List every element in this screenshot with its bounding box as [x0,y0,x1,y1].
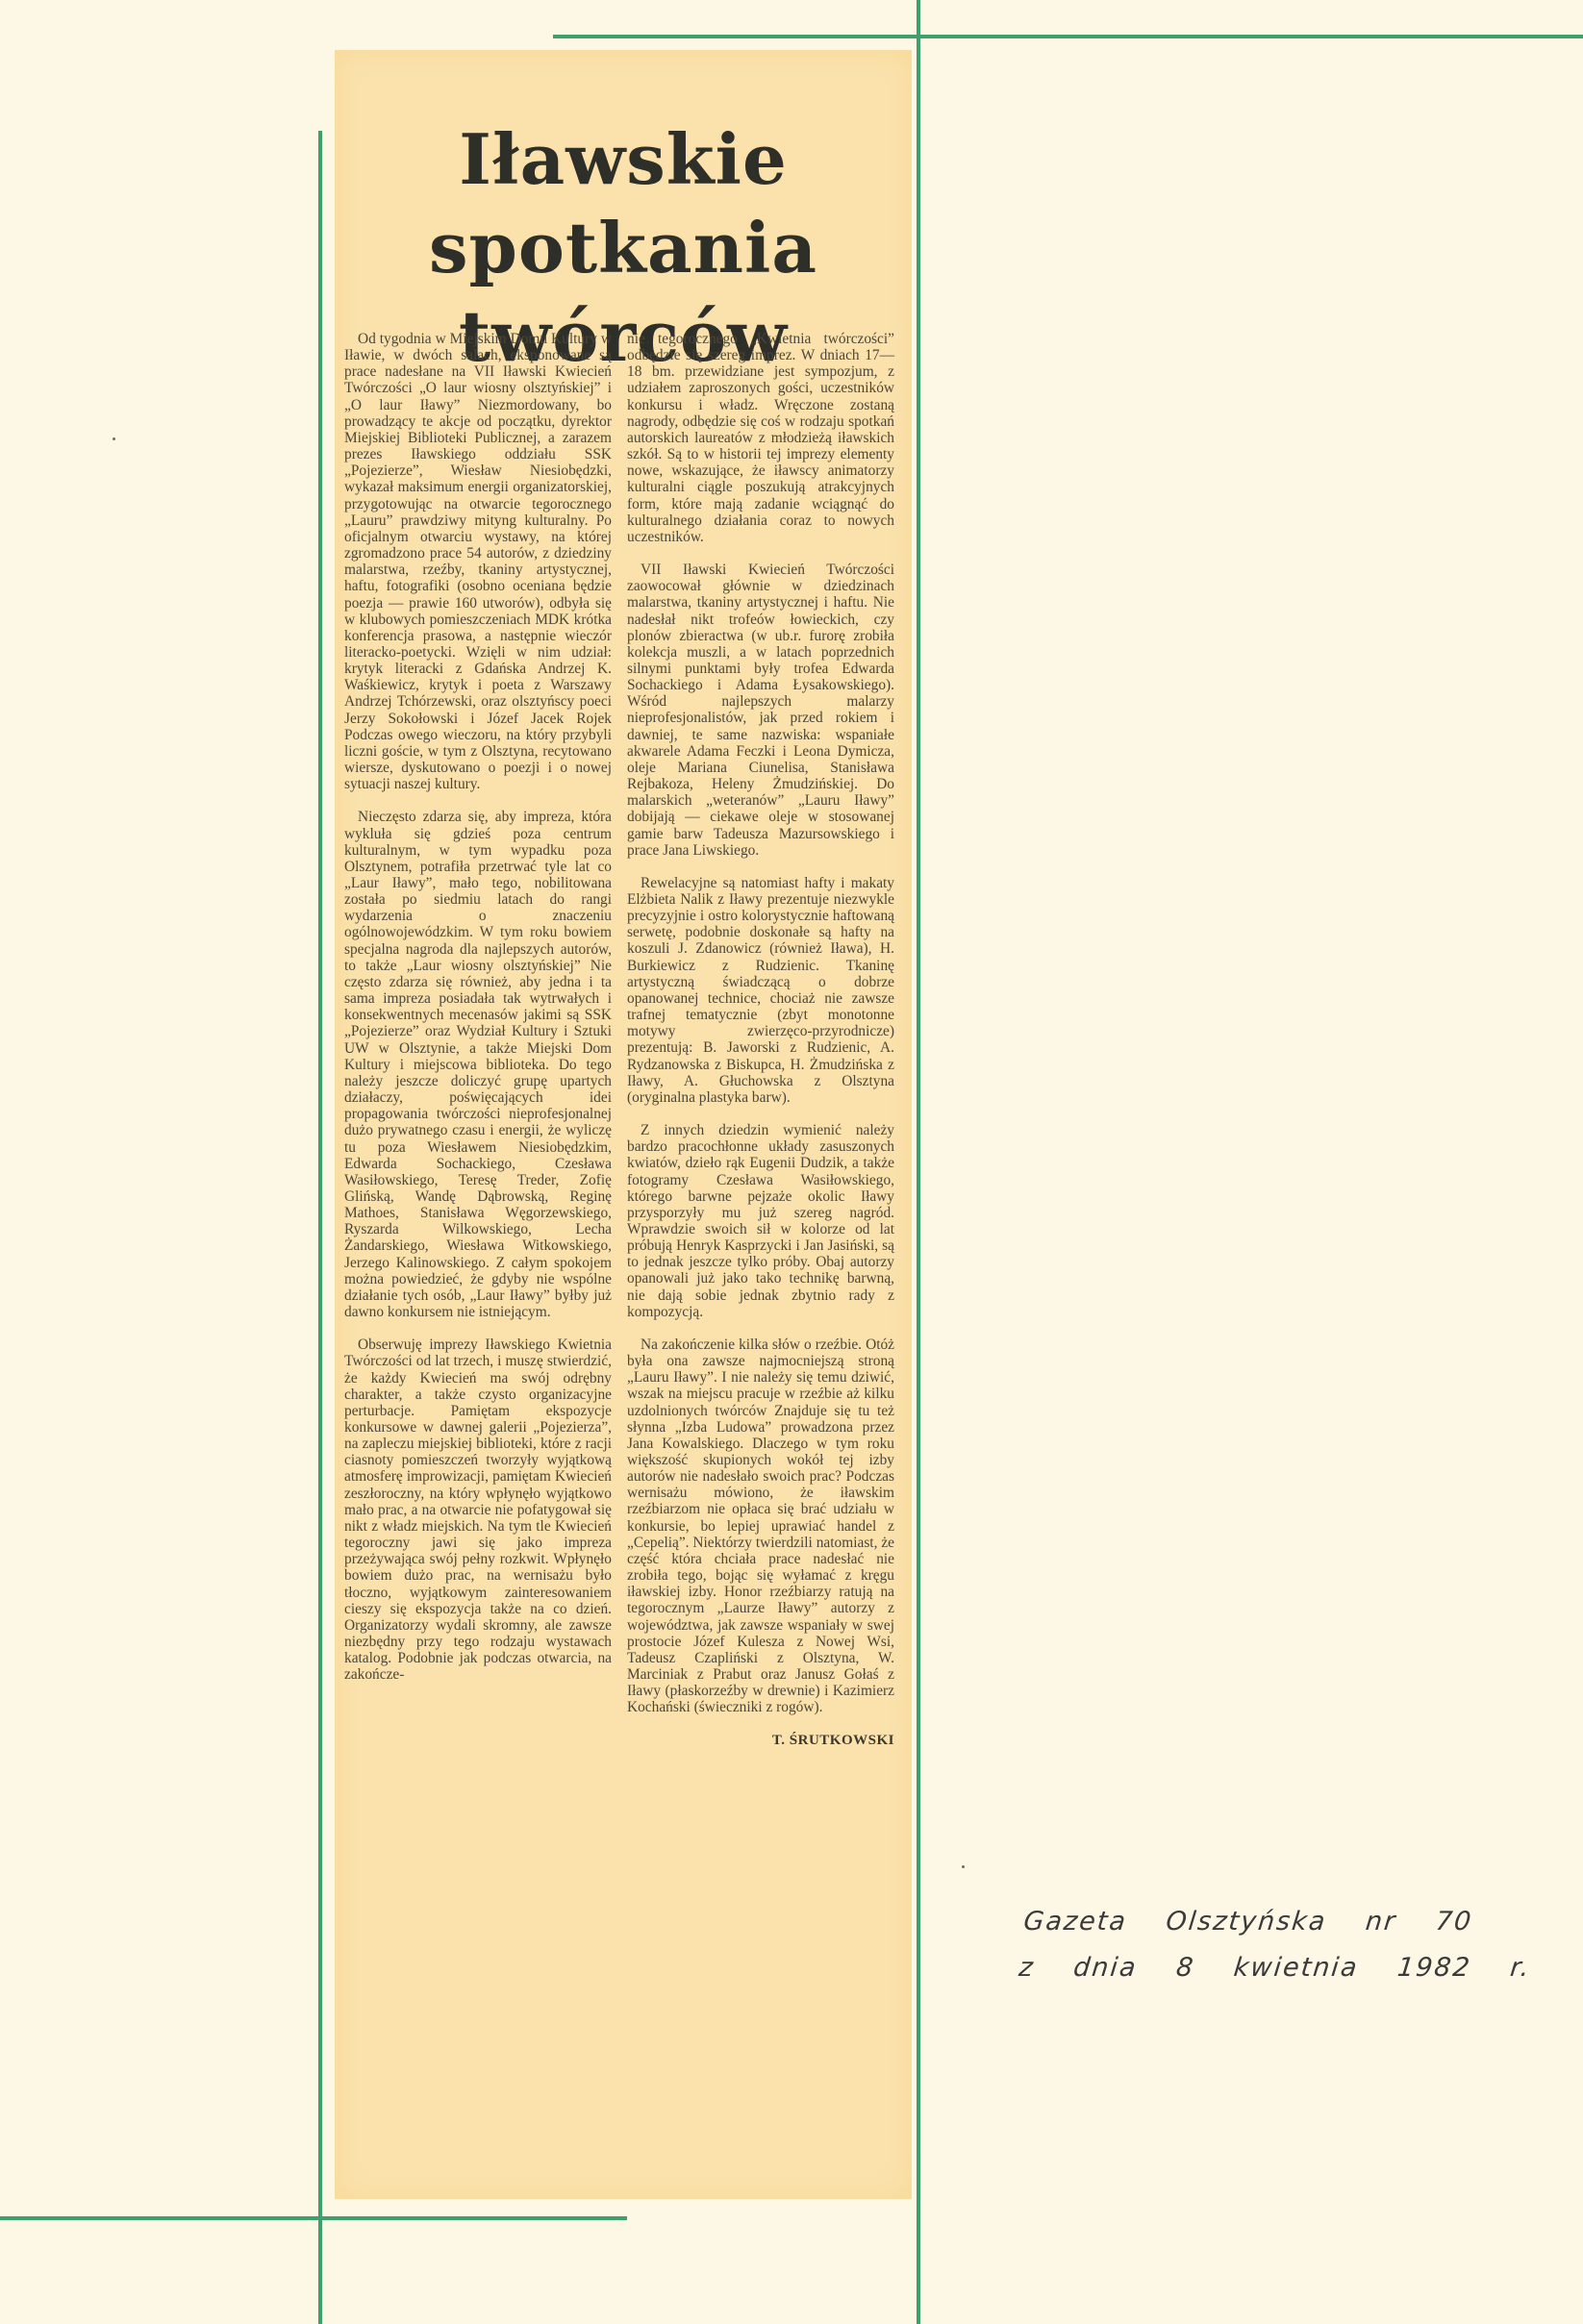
green-frame-line-horizontal-bottom [0,2216,627,2220]
article-paragraph: Nieczęsto zdarza się, aby impreza, która… [344,809,612,1320]
newspaper-clipping: Iławskie spotkania twórców Od tygodnia w… [335,50,912,2199]
headline-line-2: spotkania [335,204,912,292]
green-frame-line-horizontal-top [553,35,1583,38]
article-paragraph: nie tegorocznego „Kwietnia twórczości” o… [627,331,894,545]
article-column-left: Od tygodnia w Miejskim Domu Kultury w Ił… [344,331,612,1700]
green-frame-line-vertical-right [917,0,920,2324]
paper-speck [113,437,115,440]
article-paragraph: Obserwuję imprezy Iławskiego Kwietnia Tw… [344,1337,612,1683]
article-paragraph: Rewelacyjne są natomiast hafty i makaty … [627,875,894,1106]
handwritten-source-note: Gazeta Olsztyńska nr 70 z dnia 8 kwietni… [1017,1899,1538,1991]
article-column-right: nie tegorocznego „Kwietnia twórczości” o… [627,331,894,1749]
paper-speck [962,1865,965,1868]
handwritten-line-1: Gazeta Olsztyńska nr 70 [1021,1899,1538,1945]
article-paragraph: Na zakończenie kilka słów o rzeźbie. Otó… [627,1337,894,1716]
author-byline: T. ŚRUTKOWSKI [627,1733,894,1749]
article-paragraph: VII Iławski Kwiecień Twórczości zaowocow… [627,562,894,859]
headline-line-1: Iławskie [335,115,912,204]
article-paragraph: Od tygodnia w Miejskim Domu Kultury w Ił… [344,331,612,792]
article-paragraph: Z innych dziedzin wymienić należy bardzo… [627,1122,894,1320]
handwritten-line-2: z dnia 8 kwietnia 1982 r. [1017,1945,1533,1991]
green-frame-line-vertical-left [318,131,322,2324]
